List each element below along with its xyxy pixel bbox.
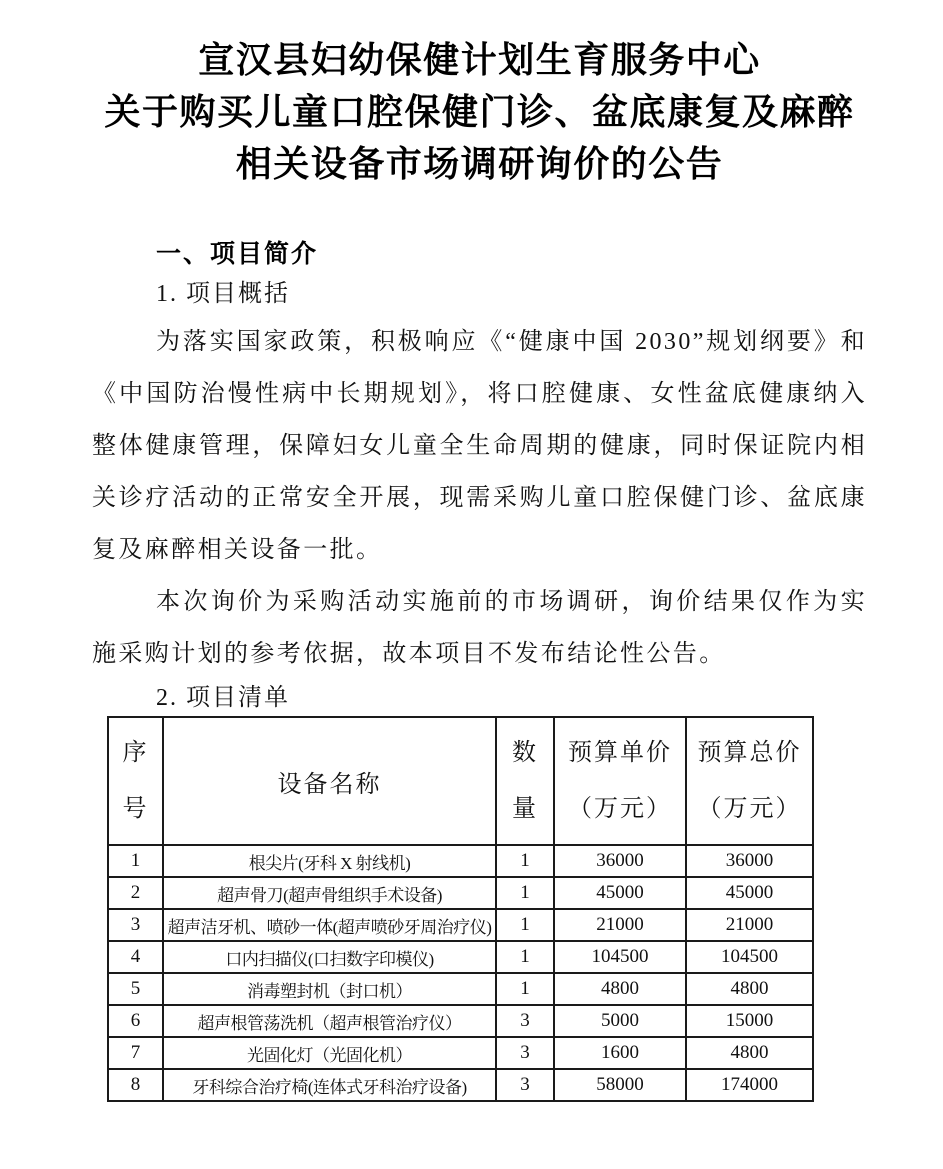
header-equipment-name: 设备名称 — [163, 717, 496, 845]
subsection-heading-project-overview: 1. 项目概括 — [92, 272, 867, 316]
cell-serial-number: 1 — [108, 845, 163, 877]
header-serial-number: 序 号 — [108, 717, 163, 845]
cell-quantity: 1 — [496, 909, 554, 941]
cell-equipment-name: 口内扫描仪(口扫数字印模仪) — [163, 941, 496, 973]
header-budget-total-price: 预算总价 （万元） — [686, 717, 813, 845]
cell-total-price: 104500 — [686, 941, 813, 973]
cell-serial-number: 8 — [108, 1069, 163, 1101]
cell-serial-number: 4 — [108, 941, 163, 973]
cell-quantity: 3 — [496, 1069, 554, 1101]
table-header-row: 序 号 设备名称 数 量 预算单价 （万元） 预算总价 （万元） — [108, 717, 813, 845]
header-budget-unit-price: 预算单价 （万元） — [554, 717, 686, 845]
table-row: 3 超声洁牙机、喷砂一体(超声喷砂牙周治疗仪) 1 21000 21000 — [108, 909, 813, 941]
cell-total-price: 15000 — [686, 1005, 813, 1037]
cell-quantity: 1 — [496, 941, 554, 973]
cell-total-price: 21000 — [686, 909, 813, 941]
cell-total-price: 36000 — [686, 845, 813, 877]
cell-total-price: 174000 — [686, 1069, 813, 1101]
cell-quantity: 3 — [496, 1005, 554, 1037]
cell-total-price: 4800 — [686, 973, 813, 1005]
title-line-3: 相关设备市场调研询价的公告 — [92, 138, 867, 190]
cell-unit-price: 5000 — [554, 1005, 686, 1037]
cell-total-price: 4800 — [686, 1037, 813, 1069]
table-row: 7 光固化灯（光固化机） 3 1600 4800 — [108, 1037, 813, 1069]
cell-serial-number: 3 — [108, 909, 163, 941]
cell-unit-price: 36000 — [554, 845, 686, 877]
document-page: 宣汉县妇幼保健计划生育服务中心 关于购买儿童口腔保健门诊、盆底康复及麻醉 相关设… — [0, 0, 943, 1169]
table-row: 6 超声根管荡洗机（超声根管治疗仪） 3 5000 15000 — [108, 1005, 813, 1037]
cell-equipment-name: 光固化灯（光固化机） — [163, 1037, 496, 1069]
title-line-1: 宣汉县妇幼保健计划生育服务中心 — [92, 34, 867, 86]
paragraph-project-overview: 为落实国家政策，积极响应《“健康中国 2030”规划纲要》和《中国防治慢性病中长… — [92, 316, 867, 576]
cell-unit-price: 45000 — [554, 877, 686, 909]
cell-unit-price: 104500 — [554, 941, 686, 973]
cell-unit-price: 4800 — [554, 973, 686, 1005]
table-row: 2 超声骨刀(超声骨组织手术设备) 1 45000 45000 — [108, 877, 813, 909]
cell-equipment-name: 牙科综合治疗椅(连体式牙科治疗设备) — [163, 1069, 496, 1101]
document-title: 宣汉县妇幼保健计划生育服务中心 关于购买儿童口腔保健门诊、盆底康复及麻醉 相关设… — [92, 34, 867, 190]
cell-equipment-name: 根尖片(牙科 X 射线机) — [163, 845, 496, 877]
cell-serial-number: 6 — [108, 1005, 163, 1037]
subsection-heading-project-list: 2. 项目清单 — [92, 680, 867, 716]
cell-equipment-name: 超声洁牙机、喷砂一体(超声喷砂牙周治疗仪) — [163, 909, 496, 941]
title-line-2: 关于购买儿童口腔保健门诊、盆底康复及麻醉 — [92, 86, 867, 138]
cell-equipment-name: 超声骨刀(超声骨组织手术设备) — [163, 877, 496, 909]
header-quantity: 数 量 — [496, 717, 554, 845]
section-heading-project-intro: 一、项目简介 — [92, 236, 867, 272]
equipment-table: 序 号 设备名称 数 量 预算单价 （万元） 预算总价 （万元） — [107, 716, 814, 1102]
cell-quantity: 1 — [496, 845, 554, 877]
cell-quantity: 1 — [496, 973, 554, 1005]
cell-unit-price: 1600 — [554, 1037, 686, 1069]
paragraph-inquiry-note: 本次询价为采购活动实施前的市场调研，询价结果仅作为实施采购计划的参考依据，故本项… — [92, 576, 867, 680]
cell-serial-number: 2 — [108, 877, 163, 909]
cell-quantity: 1 — [496, 877, 554, 909]
table-row: 5 消毒塑封机（封口机） 1 4800 4800 — [108, 973, 813, 1005]
table-row: 8 牙科综合治疗椅(连体式牙科治疗设备) 3 58000 174000 — [108, 1069, 813, 1101]
cell-unit-price: 58000 — [554, 1069, 686, 1101]
cell-serial-number: 5 — [108, 973, 163, 1005]
cell-total-price: 45000 — [686, 877, 813, 909]
cell-unit-price: 21000 — [554, 909, 686, 941]
cell-equipment-name: 超声根管荡洗机（超声根管治疗仪） — [163, 1005, 496, 1037]
cell-serial-number: 7 — [108, 1037, 163, 1069]
table-row: 4 口内扫描仪(口扫数字印模仪) 1 104500 104500 — [108, 941, 813, 973]
cell-equipment-name: 消毒塑封机（封口机） — [163, 973, 496, 1005]
cell-quantity: 3 — [496, 1037, 554, 1069]
table-row: 1 根尖片(牙科 X 射线机) 1 36000 36000 — [108, 845, 813, 877]
